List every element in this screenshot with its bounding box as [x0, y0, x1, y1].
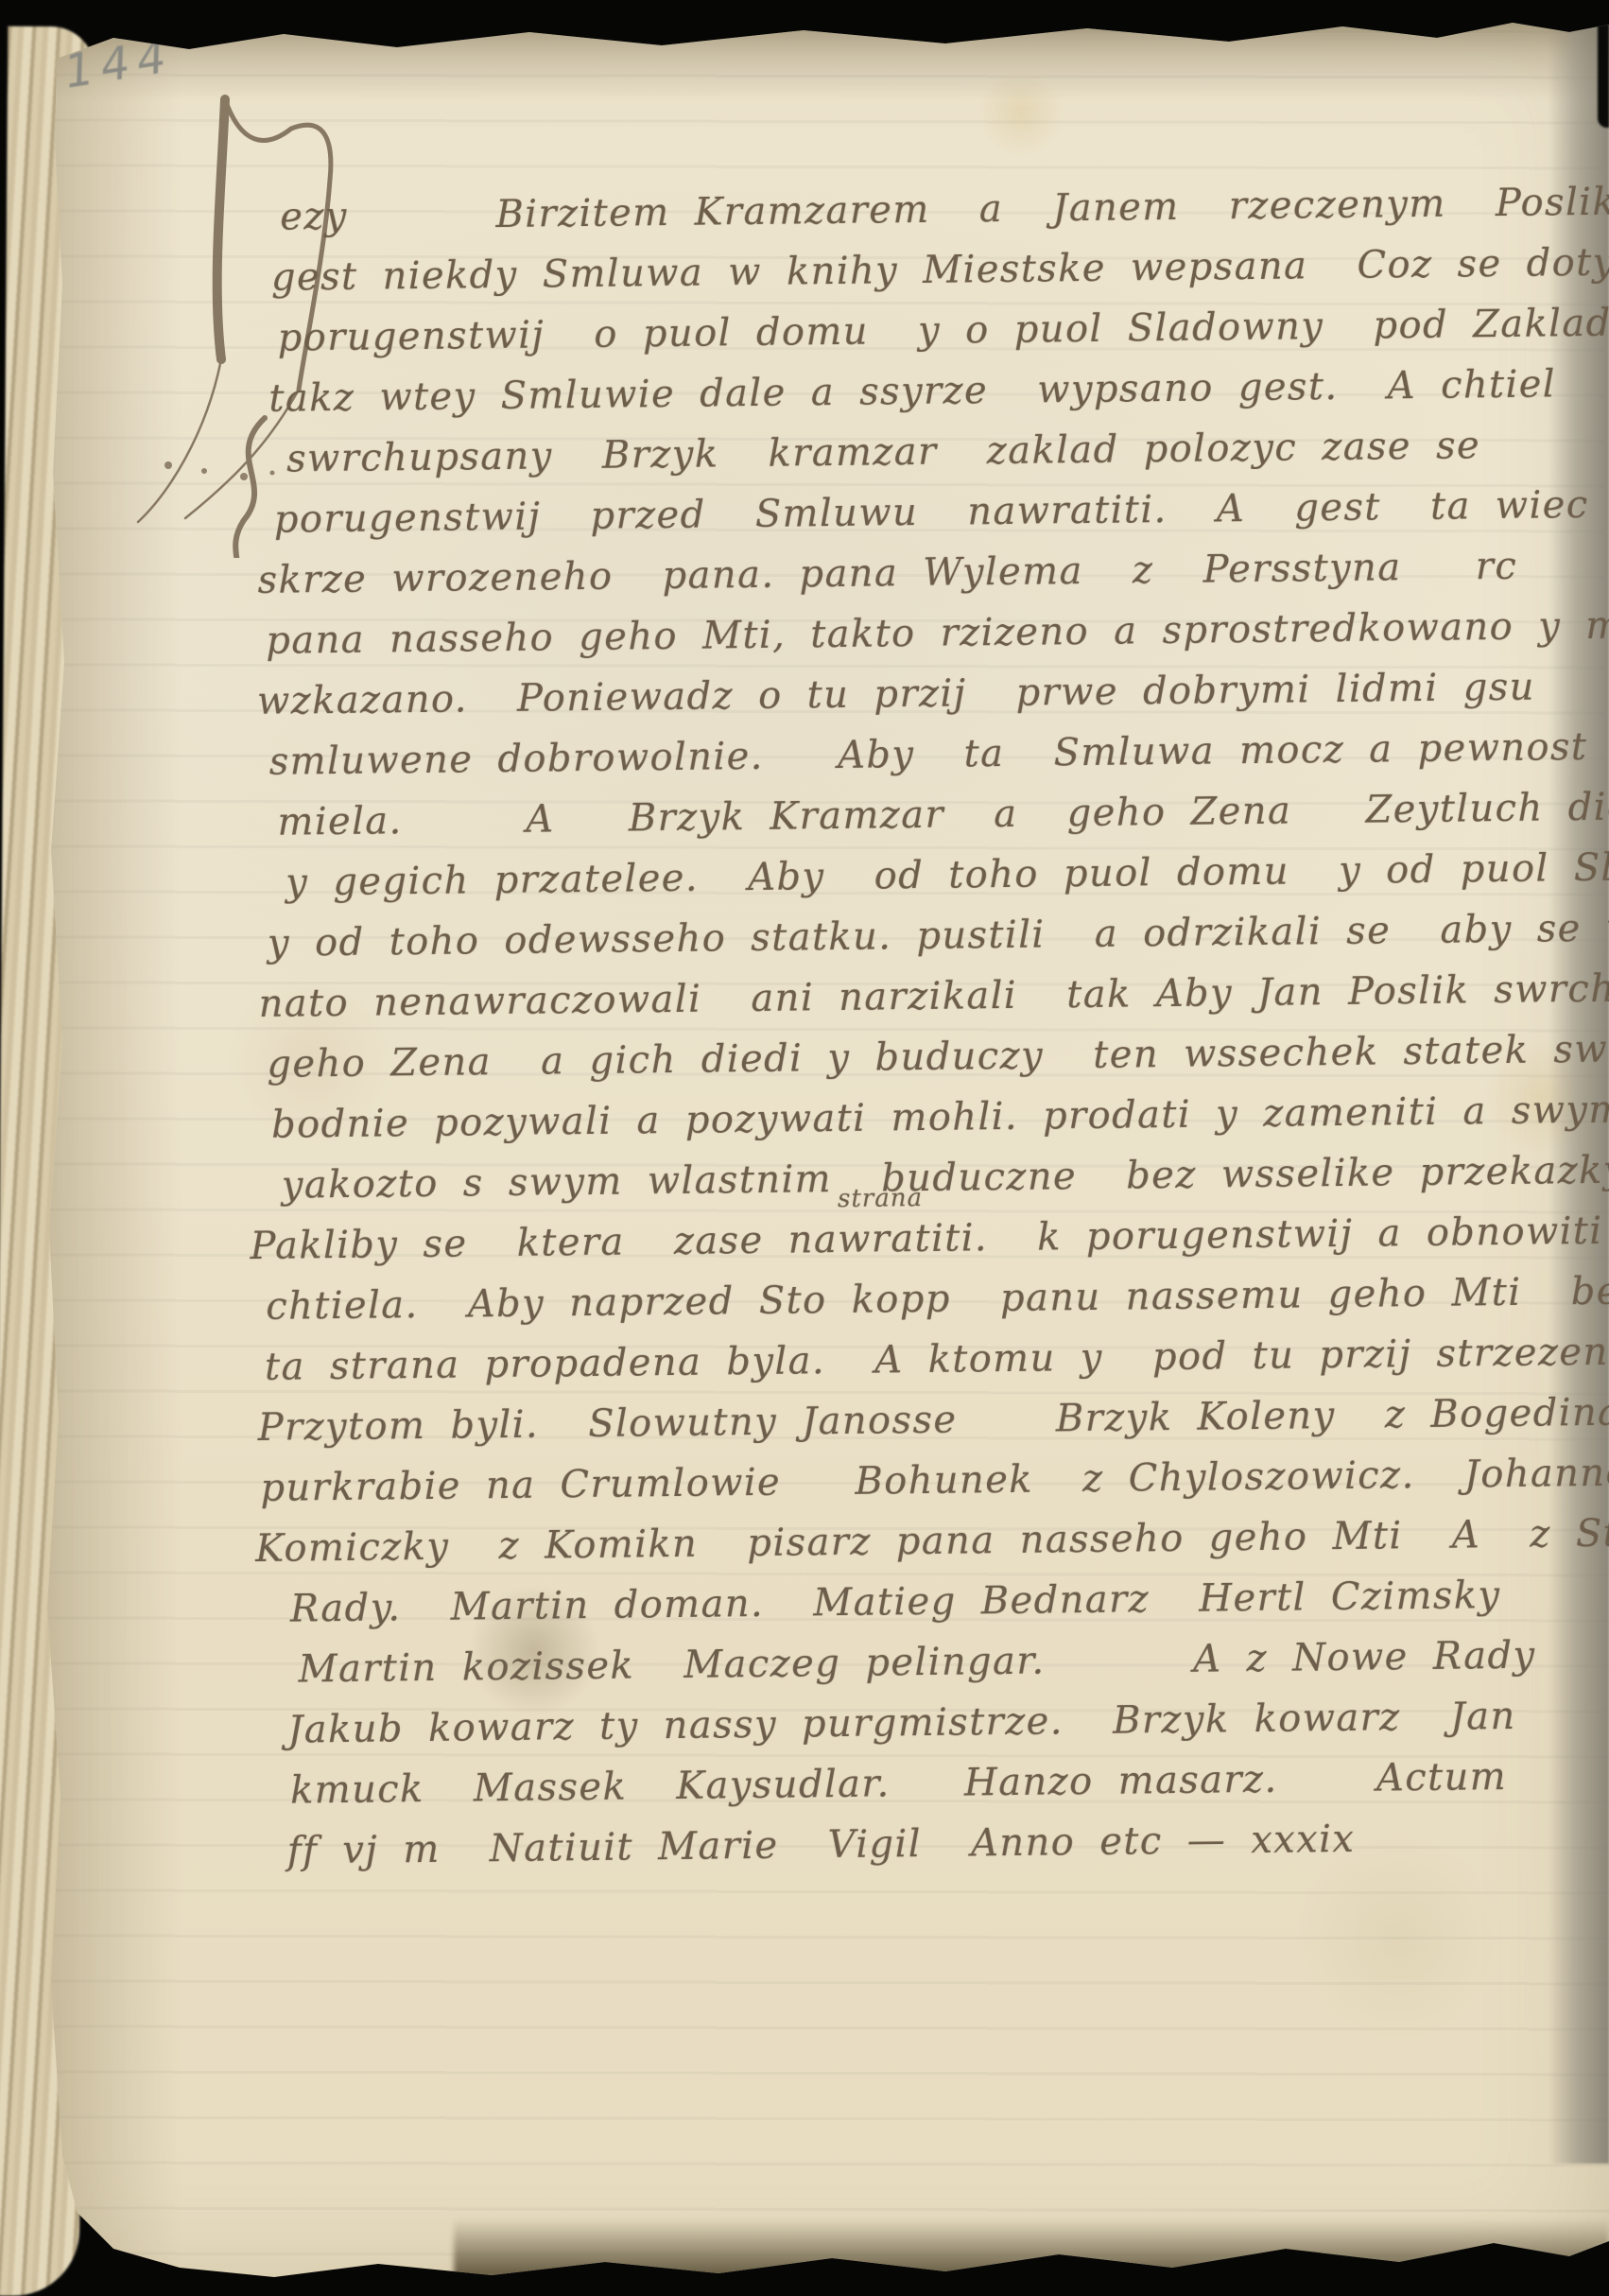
top-right-gap: [1598, 0, 1609, 128]
interline-insertion: strana: [838, 1184, 923, 1213]
manuscript-text: ezy Birzitem Kramzarem a Janem rzeczenym…: [270, 172, 1575, 1881]
manuscript-page: 144 ezy Birzitem Kramzarem a Janem rzecz…: [0, 0, 1609, 2296]
bottom-deckle-shadow: [454, 2218, 1609, 2279]
manuscript-scan-page: 144 ezy Birzitem Kramzarem a Janem rzecz…: [0, 0, 1609, 2296]
